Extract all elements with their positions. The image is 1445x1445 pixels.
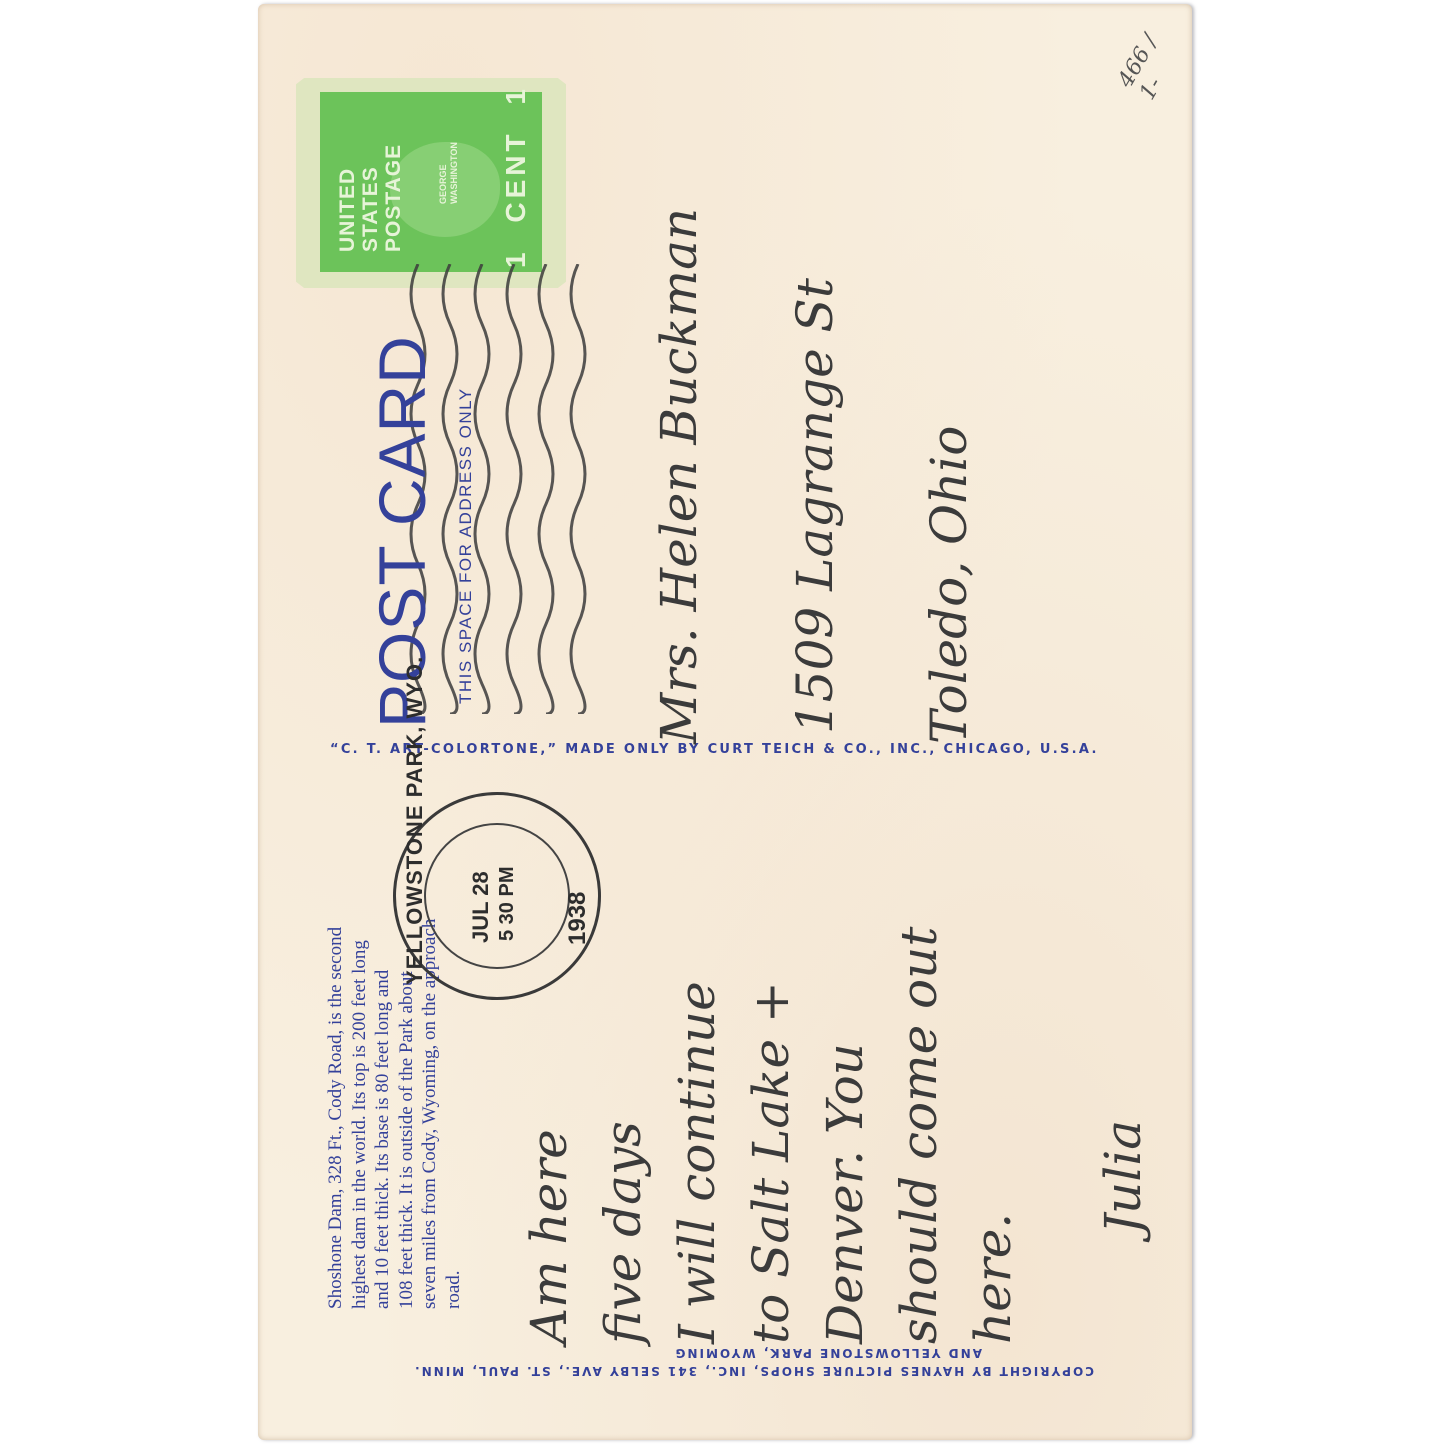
- message-line: to Salt Lake +: [742, 981, 800, 1344]
- postmark-town: YELLOWSTONE PARK, WYO.: [402, 656, 428, 985]
- message-line: here.: [964, 1213, 1022, 1344]
- recipient-name: Mrs. Helen Buckman: [650, 208, 708, 744]
- copyright-notice: COPYRIGHT BY HAYNES PICTURE SHOPS, INC.,…: [413, 1344, 1094, 1380]
- stamp-face: UNITED STATES POSTAGE GEORGE WASHINGTON …: [320, 92, 542, 272]
- postcard-back: UNITED STATES POSTAGE GEORGE WASHINGTON …: [258, 4, 1192, 1440]
- message-line: five days: [594, 1121, 652, 1344]
- printer-credit: “C. T. ART-COLORTONE,” MADE ONLY BY CURT…: [330, 742, 1099, 757]
- postage-stamp: UNITED STATES POSTAGE GEORGE WASHINGTON …: [296, 78, 566, 288]
- postmark: JUL 28 5 30 PM YELLOWSTONE PARK, WYO. 19…: [393, 792, 601, 1000]
- postmark-date: JUL 28: [468, 871, 494, 943]
- message-line: should come out: [890, 927, 948, 1344]
- stamp-portrait-caption: GEORGE WASHINGTON: [438, 142, 460, 204]
- message-line: I will continue: [668, 981, 726, 1344]
- postmark-time: 5 30 PM: [496, 867, 519, 941]
- recipient-street: 1509 Lagrange St: [786, 278, 844, 734]
- message-line: Denver. You: [816, 1043, 874, 1344]
- stamp-country: UNITED STATES POSTAGE: [336, 144, 405, 252]
- recipient-city: Toledo, Ohio: [920, 426, 978, 744]
- message-line: Am here: [520, 1129, 578, 1344]
- stamp-denomination: 1 CENT 1: [500, 85, 532, 268]
- corner-pencil-note: 466 / 1-: [1113, 14, 1192, 105]
- postmark-year: 1938: [564, 892, 592, 945]
- signature: Julia: [1094, 1120, 1152, 1234]
- address-only-notice: THIS SPACE FOR ADDRESS ONLY: [456, 387, 476, 704]
